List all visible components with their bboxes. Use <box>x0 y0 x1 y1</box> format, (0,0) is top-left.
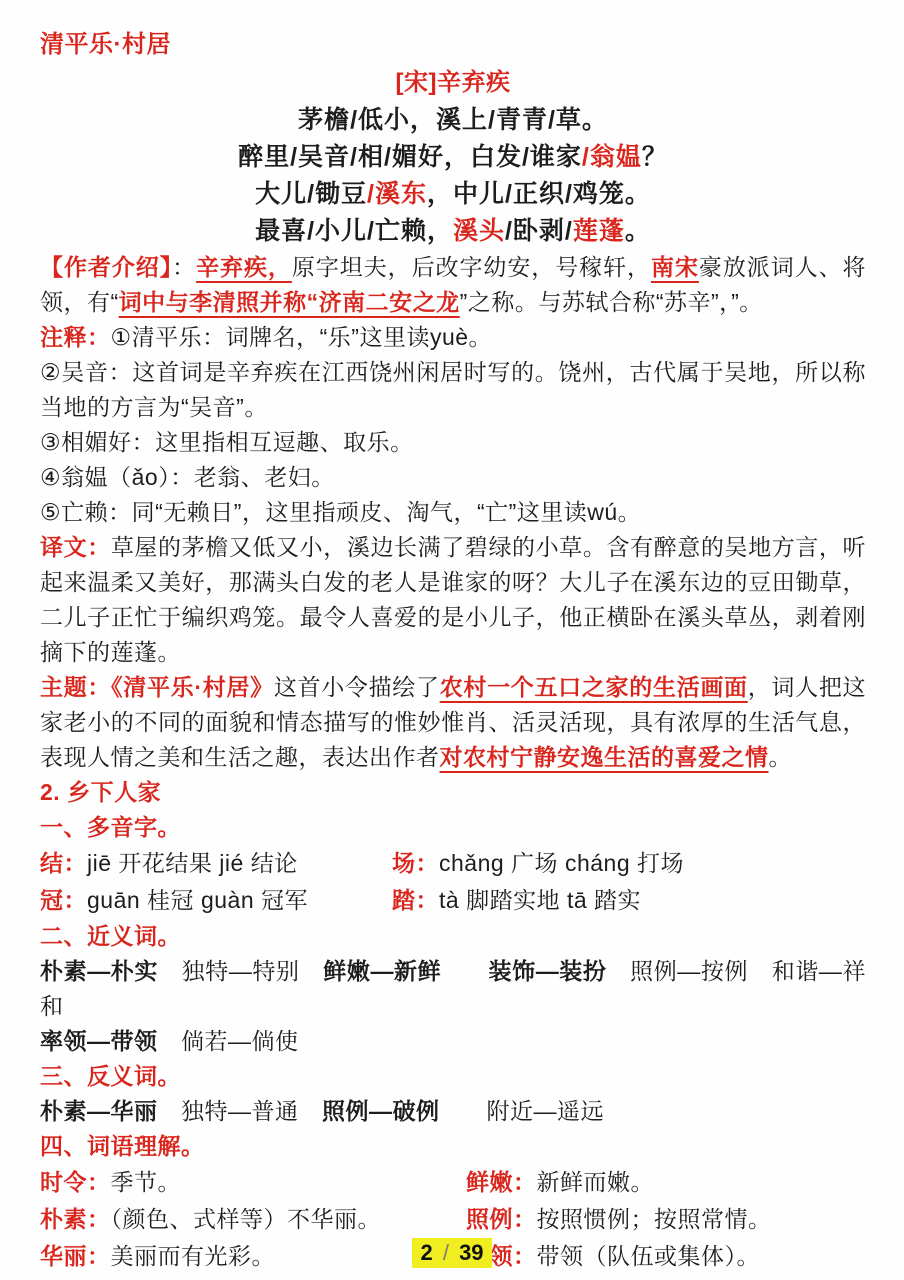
ciyulijie-row-1: 时令：季节。鲜嫩：新鲜而嫩。 <box>40 1164 866 1201</box>
text-segment: 茅檐/低小，溪上/青青/草。 <box>298 106 608 134</box>
text-segment: ⑤亡赖：同“无赖日”，这里指顽皮、淘气，“亡”这里读wú。 <box>40 499 641 525</box>
text-segment: 三、反义词。 <box>40 1063 181 1089</box>
text-segment: ②吴音：这首词是辛弃疾在江西饶州闲居时写的。饶州，古代属于吴地，所以称当地的方言… <box>40 359 866 420</box>
text-segment: guān 桂冠 guàn 冠军 <box>87 887 308 913</box>
text-segment: 倘若—倘使 <box>158 1028 299 1054</box>
duoyinzi-row-1-left: 结：jiē 开花结果 jié 结论 <box>40 845 392 882</box>
text-segment: 朴素—朴实 <box>40 958 158 984</box>
text-segment: 鲜嫩—新鲜 <box>323 958 441 984</box>
text-segment: 溪头 <box>453 217 505 245</box>
text-segment: 踏： <box>392 887 439 913</box>
text-segment: 这首小令描绘了 <box>274 674 440 700</box>
duoyinzi-row-2-left: 冠：guān 桂冠 guàn 冠军 <box>40 882 392 919</box>
text-segment: 结： <box>40 850 87 876</box>
ciyulijie-row-2: 朴素：（颜色、式样等）不华丽。照例：按照惯例；按照常情。 <box>40 1201 866 1238</box>
text-segment: 季节。 <box>111 1169 182 1195</box>
text-segment: 译文： <box>40 534 111 560</box>
ciyulijie-row-1-left: 时令：季节。 <box>40 1164 466 1201</box>
text-segment: tà 脚踏实地 tā 踏实 <box>439 887 641 913</box>
text-segment: 新鲜而嫩。 <box>537 1169 655 1195</box>
document-body: 清平乐·村居[宋]辛弃疾茅檐/低小，溪上/青青/草。醉里/吴音/相/媚好，白发/… <box>40 26 866 1275</box>
text-segment: [宋]辛弃疾 <box>396 69 511 96</box>
fanyici-row: 朴素—华丽 独特—普通 照例—破例 附近—遥远 <box>40 1094 866 1129</box>
text-segment: 按照惯例；按照常情。 <box>537 1206 772 1232</box>
text-segment: 莲蓬 <box>573 217 625 245</box>
poem-line-1: 茅檐/低小，溪上/青青/草。 <box>40 102 866 139</box>
text-segment: 对农村宁静安逸生活的喜爱之情 <box>440 744 769 770</box>
text-segment: 朴素—华丽 <box>40 1098 158 1124</box>
text-segment: jiē 开花结果 jié 结论 <box>87 850 298 876</box>
note-2: ②吴音：这首词是辛弃疾在江西饶州闲居时写的。饶州，古代属于吴地，所以称当地的方言… <box>40 355 866 425</box>
page-number-badge: 2 / 39 <box>412 1238 491 1268</box>
text-segment: 朴素： <box>40 1206 111 1232</box>
translation-paragraph: 译文：草屋的茅檐又低又小，溪边长满了碧绿的小草。含有醉意的吴地方言，听起来温柔又… <box>40 530 866 670</box>
text-segment: （颜色、式样等）不华丽。 <box>111 1206 382 1232</box>
poem-author: [宋]辛弃疾 <box>40 64 866 102</box>
text-segment: 装饰—装扮 <box>488 958 606 984</box>
text-segment: 南宋 <box>651 254 699 280</box>
author-intro-paragraph: 【作者介绍】：辛弃疾，原字坦夫，后改字幼安，号稼轩，南宋豪放派词人、将领，有“词… <box>40 250 866 320</box>
section-heading-jinyici: 二、近义词。 <box>40 919 866 954</box>
note-3: ③相媚好：这里指相互逗趣、取乐。 <box>40 425 866 460</box>
text-segment: 最喜/小儿/亡赖， <box>255 217 453 245</box>
text-segment: 2. 乡下人家 <box>40 779 161 805</box>
document-page: 清平乐·村居[宋]辛弃疾茅檐/低小，溪上/青青/草。醉里/吴音/相/媚好，白发/… <box>0 0 904 1280</box>
text-segment: 四、词语理解。 <box>40 1133 205 1159</box>
section-heading-ciyulijie: 四、词语理解。 <box>40 1129 866 1164</box>
text-segment: 大儿/锄豆 <box>255 180 367 208</box>
poem-line-2: 醉里/吴音/相/媚好，白发/谁家/翁媪？ <box>40 139 866 176</box>
ciyulijie-row-2-left: 朴素：（颜色、式样等）不华丽。 <box>40 1201 466 1238</box>
text-segment: /翁媪 <box>582 143 642 171</box>
text-segment: /溪东 <box>367 180 427 208</box>
text-segment: 原字坦夫，后改字幼安，号稼轩， <box>292 254 651 280</box>
text-segment: 农村一个五口之家的生活画面 <box>440 674 748 700</box>
duoyinzi-row-2-right: 踏：tà 脚踏实地 tā 踏实 <box>392 882 641 919</box>
text-segment: 时令： <box>40 1169 111 1195</box>
text-segment: ？ <box>642 143 668 171</box>
text-segment <box>441 958 488 984</box>
poem-line-3: 大儿/锄豆/溪东，中儿/正织/鸡笼。 <box>40 176 866 213</box>
text-segment: 一、多音字。 <box>40 814 181 840</box>
text-segment: 附近—遥远 <box>440 1098 605 1124</box>
text-segment: 醉里/吴音/相/媚好，白发/谁家 <box>238 143 582 171</box>
lesson-heading: 2. 乡下人家 <box>40 775 866 810</box>
duoyinzi-row-1: 结：jiē 开花结果 jié 结论场：chǎng 广场 cháng 打场 <box>40 845 866 882</box>
text-segment: 照例—破例 <box>322 1098 440 1124</box>
text-segment: 注释： <box>40 324 111 350</box>
text-segment: 草屋的茅檐又低又小，溪边长满了碧绿的小草。含有醉意的吴地方言，听起来温柔又美好，… <box>40 534 866 665</box>
jinyici-row-1: 朴素—朴实 独特—特别 鲜嫩—新鲜 装饰—装扮 照例—按例 和谐—祥和 <box>40 954 866 1024</box>
ciyulijie-row-1-right: 鲜嫩：新鲜而嫩。 <box>466 1164 654 1201</box>
text-segment: ④翁媪（ǎo）：老翁、老妇。 <box>40 464 335 490</box>
text-segment: chǎng 广场 cháng 打场 <box>439 850 684 876</box>
page-number-separator: / <box>439 1240 453 1265</box>
text-segment: 独特—普通 <box>158 1098 323 1124</box>
duoyinzi-row-2: 冠：guān 桂冠 guàn 冠军踏：tà 脚踏实地 tā 踏实 <box>40 882 866 919</box>
theme-paragraph: 主题：《清平乐·村居》这首小令描绘了农村一个五口之家的生活画面，词人把这家老小的… <box>40 670 866 775</box>
text-segment: /卧剥/ <box>505 217 573 245</box>
ciyulijie-row-2-right: 照例：按照惯例；按照常情。 <box>466 1201 772 1238</box>
text-segment: 主题：《清平乐·村居》 <box>40 674 274 700</box>
section-heading-duoyinzi: 一、多音字。 <box>40 810 866 845</box>
text-segment: ①清平乐：词牌名，“乐”这里读yuè。 <box>111 324 493 350</box>
text-segment: 二、近义词。 <box>40 923 181 949</box>
note-4: ④翁媪（ǎo）：老翁、老妇。 <box>40 460 866 495</box>
text-segment: ③相媚好：这里指相互逗趣、取乐。 <box>40 429 414 455</box>
total-page-count: 39 <box>459 1240 483 1265</box>
current-page-number: 2 <box>420 1240 432 1265</box>
text-segment: 。 <box>769 744 793 770</box>
section-heading-fanyici: 三、反义词。 <box>40 1059 866 1094</box>
note-5: ⑤亡赖：同“无赖日”，这里指顽皮、淘气，“亡”这里读wú。 <box>40 495 866 530</box>
text-segment: 清平乐·村居 <box>40 31 171 58</box>
text-segment: 冠： <box>40 887 87 913</box>
text-segment: ，中儿/正织/鸡笼。 <box>427 180 651 208</box>
page-footer: 2 / 39 <box>0 1238 904 1268</box>
text-segment: 场： <box>392 850 439 876</box>
poem-line-4: 最喜/小儿/亡赖，溪头/卧剥/莲蓬。 <box>40 213 866 250</box>
text-segment: 辛弃疾， <box>196 254 292 280</box>
duoyinzi-row-1-right: 场：chǎng 广场 cháng 打场 <box>392 845 684 882</box>
text-segment: 鲜嫩： <box>466 1169 537 1195</box>
text-segment: 。 <box>625 217 651 245</box>
text-segment: 独特—特别 <box>158 958 323 984</box>
text-segment: 照例： <box>466 1206 537 1232</box>
note-1: 注释：①清平乐：词牌名，“乐”这里读yuè。 <box>40 320 866 355</box>
jinyici-row-2: 率领—带领 倘若—倘使 <box>40 1024 866 1059</box>
text-segment: 【作者介绍】 <box>40 254 172 280</box>
text-segment: ”之称。与苏轼合称“苏辛”，”。 <box>460 289 763 315</box>
text-segment: 率领—带领 <box>40 1028 158 1054</box>
doc-title: 清平乐·村居 <box>40 26 866 64</box>
text-segment: 词中与李清照并称“济南二安之龙 <box>119 289 460 315</box>
text-segment: ： <box>172 254 196 280</box>
